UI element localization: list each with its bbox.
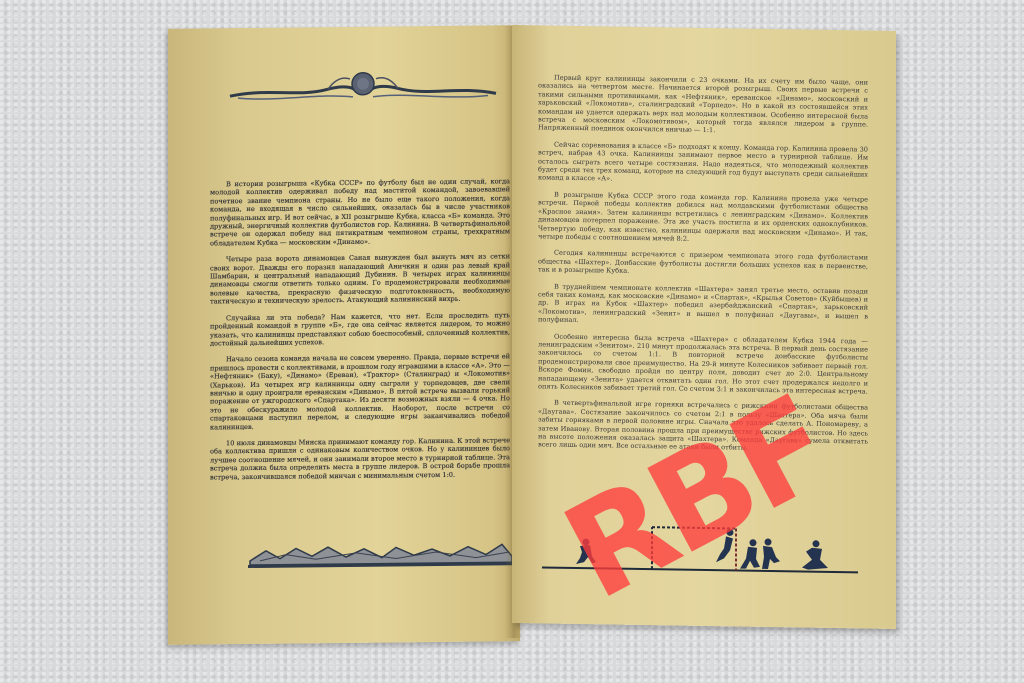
- paragraph: 10 июля динамовцы Минска принимают коман…: [210, 436, 510, 481]
- football-players-goal-icon: [540, 515, 860, 580]
- paragraph: Первый круг калининцы закончили с 23 очк…: [538, 73, 868, 137]
- open-booklet: В истории розыгрыша «Кубка СССР» по футб…: [0, 0, 1024, 683]
- left-page: В истории розыгрыша «Кубка СССР» по футб…: [168, 25, 520, 645]
- paragraph: Особенно интересна была встреча «Шахтера…: [538, 332, 868, 396]
- right-text-column: Первый круг калининцы закончили с 23 очк…: [538, 73, 868, 462]
- paragraph: Начало сезона команда начала не совсем у…: [210, 353, 510, 432]
- left-text-column: В истории розыгрыша «Кубка СССР» по футб…: [210, 177, 510, 489]
- rocky-landscape-ornament-icon: [246, 540, 516, 573]
- paragraph: Случайна ли эта победа? Нам кажется, что…: [210, 311, 510, 348]
- paragraph: В розыгрыше Кубка СССР этого года команд…: [538, 190, 868, 246]
- paragraph: В истории розыгрыша «Кубка СССР» по футб…: [210, 177, 510, 247]
- paragraph: В труднейшем чемпионате коллектив «Шахте…: [538, 282, 868, 329]
- right-page: Первый круг калининцы закончили с 23 очк…: [512, 25, 896, 629]
- paragraph: В четвертьфинальной игре горняки встреча…: [538, 399, 868, 455]
- paragraph: Сейчас соревнования в классе «Б» подходя…: [538, 140, 868, 187]
- paragraph: Четыре раза ворота динамовцев Саная выну…: [210, 253, 510, 307]
- wreath-emblem-ornament-icon: [228, 65, 498, 108]
- paragraph: Сегодня калининцы встречаются с призером…: [538, 249, 868, 279]
